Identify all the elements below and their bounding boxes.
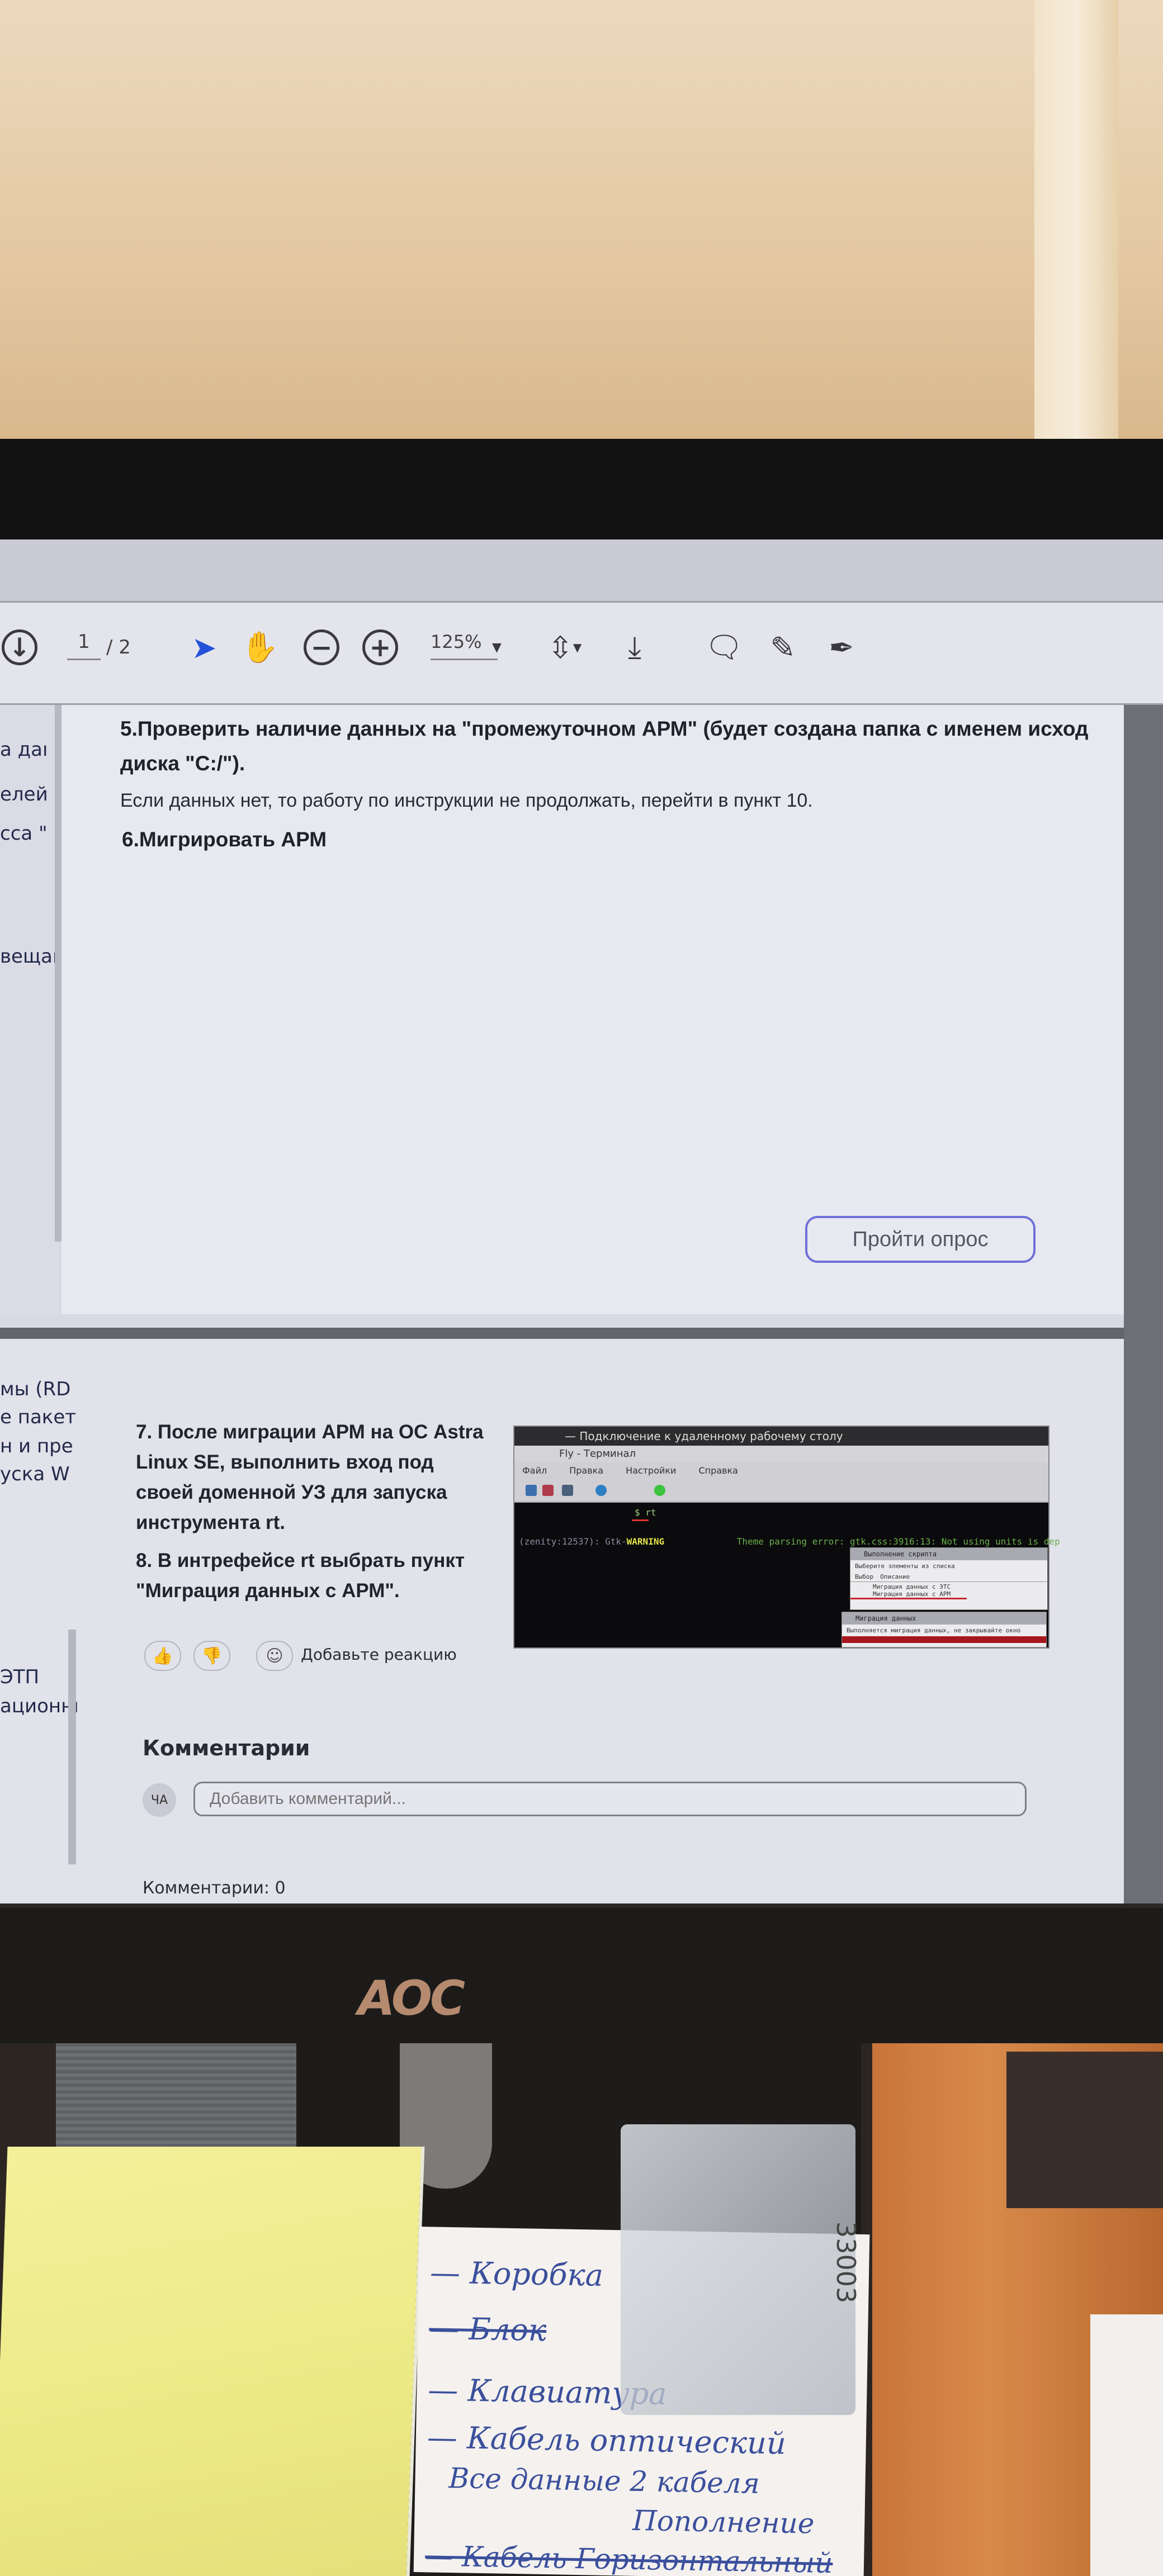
sidebar-top: а дaı елей сса " вещаı [0,705,59,1314]
page-scroll-button[interactable]: ⤓ [615,625,654,670]
sidebar-scrollbar[interactable] [55,705,62,1242]
step7-text: 7. После миграции АРМ на ОС Astra Linux … [136,1417,494,1538]
hand-tool-button[interactable]: ✋ [240,625,280,670]
menu-edit: Правка [569,1462,603,1479]
menu-file: Файл [522,1462,547,1479]
screw-bag: 33003 [621,2124,855,2415]
terminal-prompt: $ rt [635,1507,656,1518]
add-reaction-button[interactable]: ☺ [256,1641,293,1671]
comment-input[interactable] [193,1782,1027,1816]
paper-sheet [1090,2314,1163,2576]
menu-settings: Настройки [626,1462,676,1479]
step5-title-cont: диска "C:/"). [120,746,245,781]
step6-title: 6.Мигрировать АРМ [122,822,327,857]
monitor-bezel-bottom [0,1903,1163,2048]
script-dialog: Выполнение скрипта Выберите элементы из … [850,1547,1048,1610]
sidebar-scrollbar[interactable] [68,1630,76,1864]
plus-icon: + [362,629,398,665]
desk-tray [1006,2052,1163,2208]
option-ets: Миграция данных с ЭТС [850,1582,1047,1590]
close-tab-icon [542,1485,554,1496]
pdf-toolbar: ↓ 1 / 2 ➤ ✋ − + 125% ▼ ⇳▼ ⤓ 🗨 ✎ ✒ [0,603,1163,705]
right-gutter [1124,705,1163,1906]
comments-count: Комментарии: 0 [143,1878,286,1898]
col-description: Описание [880,1573,910,1580]
panel-divider [0,1328,1124,1339]
zoom-out-button[interactable]: − [302,625,341,670]
terminal-output: $ rt (zenity:12537): Gtk-WARNING Theme p… [514,1503,1048,1647]
sidebar-fragment[interactable]: н и пре [0,1435,73,1457]
sticky-notes [0,2147,421,2576]
sidebar-fragment[interactable]: ационнı [0,1695,79,1717]
script-dialog-prompt: Выберите элементы из списка [850,1560,1047,1572]
comment-button[interactable]: 🗨 [705,625,744,670]
red-progress-bar [842,1636,1046,1643]
smiley-icon: ☺ [266,1646,283,1666]
hand-icon: ✋ [241,629,278,665]
terminal-menu: Файл Правка Настройки Справка [514,1462,1048,1479]
monitor-screen: ↓ 1 / 2 ➤ ✋ − + 125% ▼ ⇳▼ ⤓ 🗨 ✎ ✒ а дaı … [0,539,1163,1906]
fit-page-icon: ⇳ [548,630,573,665]
step5-note: Если данных нет, то работу по инструкции… [120,790,813,812]
sidebar-fragment[interactable]: ЭТП [0,1666,39,1688]
monitor-bezel-top [0,439,1163,542]
status-green-icon [654,1485,665,1496]
cursor-arrow-icon: ➤ [191,630,216,665]
option-arm: Миграция данных с АРМ [850,1590,967,1599]
avatar: ЧА [143,1783,176,1817]
take-survey-button[interactable]: Пройти опрос [805,1216,1036,1263]
browser-bar [0,539,1163,603]
warning-tail: Theme parsing error: gtk.css:3916:13: No… [737,1536,1060,1547]
sidebar-fragment[interactable]: вещаı [0,945,58,968]
copy-icon [562,1485,573,1496]
migration-dialog: Миграция данных Выполняется миграция дан… [841,1612,1047,1647]
monitor-logo: AOC [358,1973,492,2024]
like-button[interactable]: 👍 [144,1641,181,1671]
embedded-terminal-screenshot: — Подключение к удаленному рабочему стол… [513,1426,1049,1649]
wall-background [0,0,1163,442]
bag-label: 33003 [831,2222,861,2303]
step5-title: 5.Проверить наличие данных на "промежуто… [120,712,1127,746]
thumbs-up-icon: 👍 [152,1646,173,1666]
note-line: — Кабель Горизонтальный [425,2540,833,2576]
note-line: Пополнение [632,2504,815,2540]
comment-icon: 🗨 [705,629,744,665]
terminal-title: Fly - Терминал [514,1446,1048,1462]
migration-dialog-title: Миграция данных [842,1612,1046,1625]
step8-text: 8. В интрефейсе rt выбрать пункт "Миграц… [136,1546,494,1606]
add-reaction-label[interactable]: Добавьте реакцию [301,1645,457,1664]
pen-sign-icon: ✒ [829,630,854,665]
migration-dialog-text: Выполняется миграция данных, не закрывай… [842,1625,1046,1636]
download-button[interactable]: ↓ [0,625,39,670]
select-tool-button[interactable]: ➤ [187,625,221,670]
red-underline [632,1519,649,1521]
sidebar-fragment[interactable]: сса " [0,822,48,845]
sign-button[interactable]: ✒ [822,625,861,670]
note-line: — Кабель оптический [427,2419,786,2461]
comments-heading: Комментарии [143,1736,310,1760]
chevron-down-icon[interactable]: ▼ [492,625,502,670]
note-line: Все данные 2 кабеля [448,2462,760,2500]
sidebar-fragment[interactable]: мы (RD [0,1378,70,1400]
new-tab-icon [526,1485,537,1496]
pencil-icon: ✎ [770,630,795,665]
scroll-down-icon: ⤓ [628,629,641,665]
note-line: — Блок [429,2310,547,2348]
article-panel: мы (RD е пакет н и пре уска W ЭТП ационн… [0,1339,1124,1906]
warning-prefix: (zenity:12537): Gtk- [519,1536,627,1547]
minus-icon: − [304,629,339,665]
note-line: — Коробка [429,2255,603,2293]
sidebar-fragment[interactable]: уска W [0,1463,70,1485]
sidebar-fragment[interactable]: е пакет [0,1406,76,1428]
thumbs-down-icon: 👎 [201,1646,222,1666]
search-icon [595,1485,607,1496]
terminal-toolbar [514,1479,1048,1503]
door-frame [1034,0,1118,442]
dislike-button[interactable]: 👎 [193,1641,230,1671]
sidebar-fragment[interactable]: а дaı [0,738,48,761]
menu-help: Справка [698,1462,738,1479]
draw-button[interactable]: ✎ [763,625,802,670]
download-icon: ↓ [2,629,37,665]
zoom-level-select[interactable]: 125% [431,625,498,660]
script-dialog-title: Выполнение скрипта [850,1548,1047,1560]
warning-word: WARNING [627,1536,664,1547]
col-select: Выбор [855,1573,873,1580]
zoom-in-button[interactable]: + [361,625,400,670]
rdp-window-title: — Подключение к удаленному рабочему стол… [514,1427,1048,1446]
page-number-input[interactable]: 1 [67,625,101,660]
page-total: / 2 [106,625,131,670]
fit-page-button[interactable]: ⇳▼ [545,625,584,670]
sidebar-fragment[interactable]: елей [0,783,48,806]
